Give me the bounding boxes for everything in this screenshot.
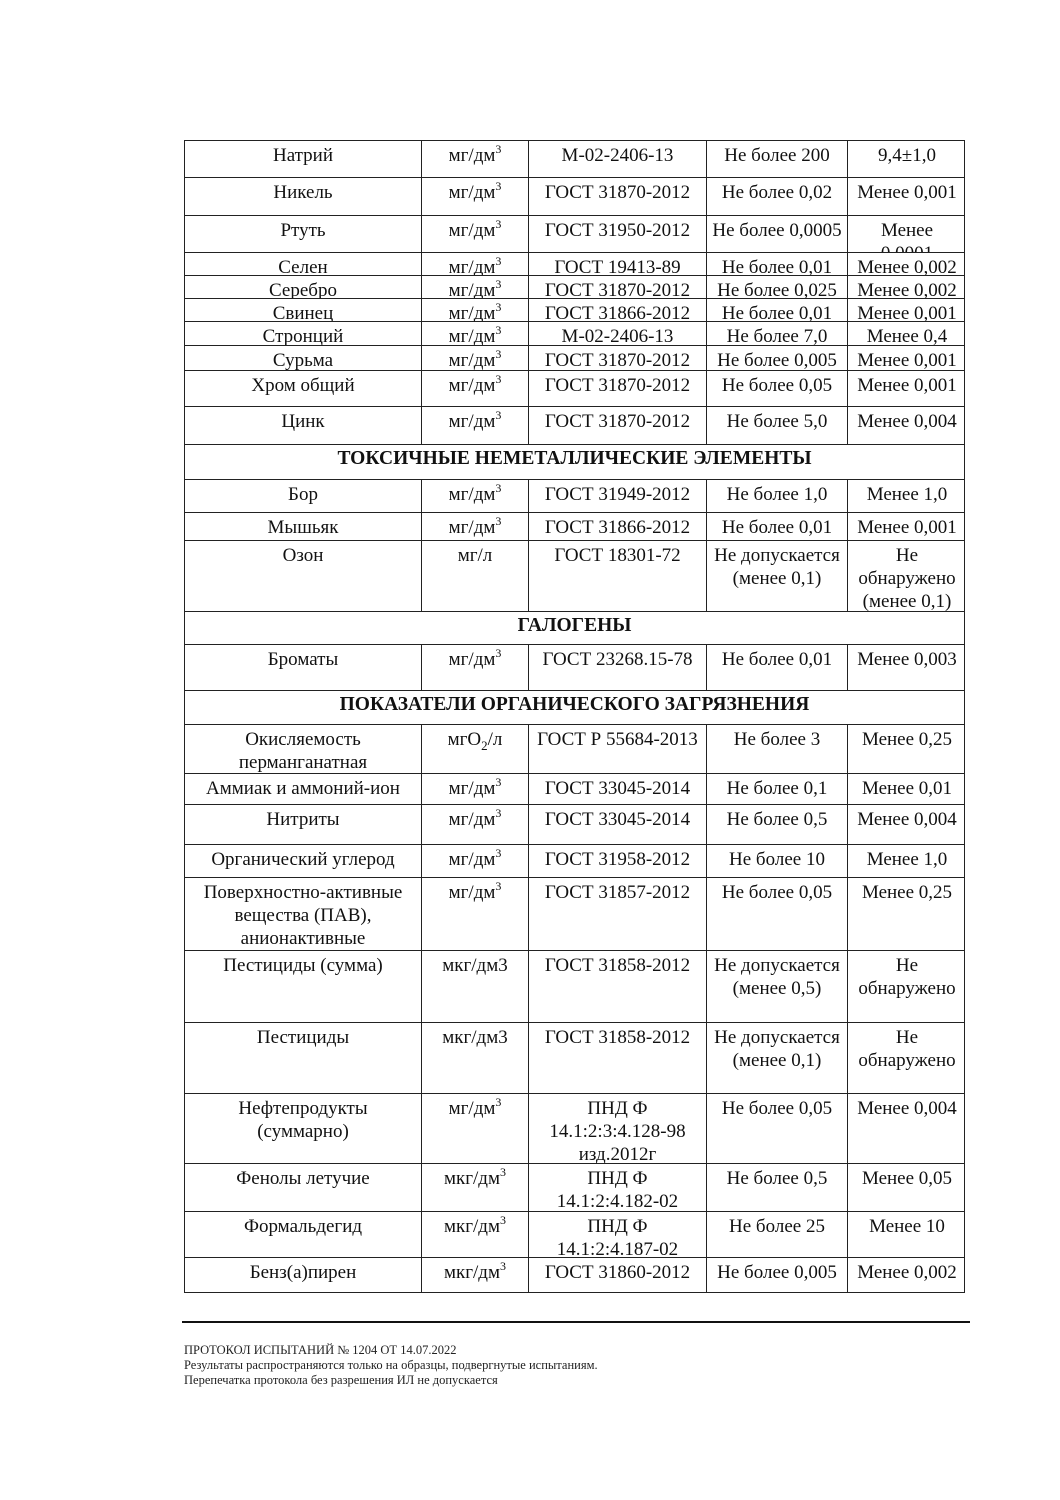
section-title: ГАЛОГЕНЫ xyxy=(185,612,964,644)
test-method: ПНД Ф 14.1:2:3:4.128-98 изд.2012г xyxy=(528,1094,706,1163)
table-row: Серебромг/дм3ГОСТ 31870-2012Не более 0,0… xyxy=(184,275,965,298)
indicator-name: Аммиак и аммоний-ион xyxy=(185,774,421,804)
footer-divider xyxy=(182,1321,970,1323)
unit: мкг/дм3 xyxy=(421,951,528,1022)
indicator-name: Формальдегид xyxy=(185,1212,421,1257)
table-row: Аммиак и аммоний-ионмг/дм3ГОСТ 33045-201… xyxy=(184,773,965,804)
page-footer: ПРОТОКОЛ ИСПЫТАНИЙ № 1204 ОТ 14.07.2022 … xyxy=(184,1343,598,1388)
unit: мг/дм3 xyxy=(421,1094,528,1163)
test-method: М-02-2406-13 xyxy=(528,141,706,177)
indicator-name: Хром общий xyxy=(185,371,421,406)
table-row: Органический углеродмг/дм3ГОСТ 31958-201… xyxy=(184,844,965,877)
section-header-row: ПОКАЗАТЕЛИ ОРГАНИЧЕСКОГО ЗАГРЯЗНЕНИЯ xyxy=(184,690,965,724)
section-header-row: ТОКСИЧНЫЕ НЕМЕТАЛЛИЧЕСКИЕ ЭЛЕМЕНТЫ xyxy=(184,444,965,479)
test-method: ГОСТ 31870-2012 xyxy=(528,371,706,406)
unit: мг/дм3 xyxy=(421,878,528,950)
result-value: Менее 0,004 xyxy=(847,407,966,444)
result-value: Менее 0,003 xyxy=(847,645,966,690)
indicator-name: Серебро xyxy=(185,276,421,298)
unit: мг/дм3 xyxy=(421,805,528,844)
test-method: ГОСТ 31858-2012 xyxy=(528,951,706,1022)
norm-value: Не более 0,01 xyxy=(706,645,847,690)
table-row: Никельмг/дм3ГОСТ 31870-2012Не более 0,02… xyxy=(184,177,965,215)
table-row: Нефтепродукты (суммарно)мг/дм3ПНД Ф 14.1… xyxy=(184,1093,965,1163)
norm-value: Не более 0,05 xyxy=(706,1094,847,1163)
indicator-name: Селен xyxy=(185,253,421,275)
indicator-name: Органический углерод xyxy=(185,845,421,877)
result-value: Менее 0,25 xyxy=(847,878,966,950)
table-row: Пестицидымкг/дм3ГОСТ 31858-2012Не допуск… xyxy=(184,1022,965,1093)
unit: мкг/дм3 xyxy=(421,1164,528,1211)
indicator-name: Нефтепродукты (суммарно) xyxy=(185,1094,421,1163)
indicator-name: Сурьма xyxy=(185,346,421,370)
unit: мгO2/л xyxy=(421,725,528,773)
indicator-name: Бор xyxy=(185,480,421,512)
table-row: Ртутьмг/дм3ГОСТ 31950-2012Не более 0,000… xyxy=(184,215,965,252)
result-value: Менее 0,001 xyxy=(847,178,966,215)
indicator-name: Натрий xyxy=(185,141,421,177)
table-row: Бенз(а)пиренмкг/дм3ГОСТ 31860-2012Не бол… xyxy=(184,1257,965,1293)
norm-value: Не более 0,005 xyxy=(706,1258,847,1292)
result-value: Менее 0,05 xyxy=(847,1164,966,1211)
unit: мг/дм3 xyxy=(421,216,528,252)
indicator-name: Цинк xyxy=(185,407,421,444)
unit: мг/дм3 xyxy=(421,299,528,321)
table-row: Поверхностно-активные вещества (ПАВ), ан… xyxy=(184,877,965,950)
footer-note-results: Результаты распространяются только на об… xyxy=(184,1358,598,1373)
norm-value: Не более 0,01 xyxy=(706,299,847,321)
unit: мг/дм3 xyxy=(421,480,528,512)
test-method: ГОСТ 31866-2012 xyxy=(528,513,706,540)
table-row: Свинецмг/дм3ГОСТ 31866-2012Не более 0,01… xyxy=(184,298,965,321)
test-method: ГОСТ 31870-2012 xyxy=(528,407,706,444)
norm-value: Не более 0,01 xyxy=(706,253,847,275)
indicator-name: Стронций xyxy=(185,322,421,345)
table-row: Формальдегидмкг/дм3ПНД Ф 14.1:2:4.187-02… xyxy=(184,1211,965,1257)
unit: мг/дм3 xyxy=(421,346,528,370)
result-value: Менее 0,004 xyxy=(847,805,966,844)
test-method: ГОСТ 18301-72 xyxy=(528,541,706,611)
norm-value: Не более 0,02 xyxy=(706,178,847,215)
result-value: Менее 0,001 xyxy=(847,299,966,321)
indicator-name: Ртуть xyxy=(185,216,421,252)
norm-value: Не более 0,025 xyxy=(706,276,847,298)
unit: мг/дм3 xyxy=(421,845,528,877)
table-row: Озонмг/лГОСТ 18301-72Не допускается (мен… xyxy=(184,540,965,611)
result-value: Менее 0,0001 xyxy=(847,216,966,252)
norm-value: Не более 0,05 xyxy=(706,371,847,406)
indicator-name: Пестициды (сумма) xyxy=(185,951,421,1022)
test-method: ГОСТ 33045-2014 xyxy=(528,805,706,844)
indicator-name: Броматы xyxy=(185,645,421,690)
test-method: ГОСТ 31949-2012 xyxy=(528,480,706,512)
test-method: ГОСТ 31857-2012 xyxy=(528,878,706,950)
test-method: ГОСТ 31870-2012 xyxy=(528,346,706,370)
table-row: Сурьмамг/дм3ГОСТ 31870-2012Не более 0,00… xyxy=(184,345,965,370)
unit: мг/дм3 xyxy=(421,371,528,406)
table-row: Пестициды (сумма)мкг/дм3ГОСТ 31858-2012Н… xyxy=(184,950,965,1022)
section-title: ТОКСИЧНЫЕ НЕМЕТАЛЛИЧЕСКИЕ ЭЛЕМЕНТЫ xyxy=(185,445,964,479)
result-value: Менее 0,01 xyxy=(847,774,966,804)
norm-value: Не более 7,0 xyxy=(706,322,847,345)
indicator-name: Окисляемость перманганатная xyxy=(185,725,421,773)
result-value: Менее 1,0 xyxy=(847,845,966,877)
norm-value: Не более 5,0 xyxy=(706,407,847,444)
test-method: ГОСТ Р 55684-2013 xyxy=(528,725,706,773)
test-method: ГОСТ 31858-2012 xyxy=(528,1023,706,1093)
test-method: ГОСТ 31870-2012 xyxy=(528,276,706,298)
result-value: Менее 0,002 xyxy=(847,253,966,275)
norm-value: Не более 0,5 xyxy=(706,1164,847,1211)
result-value: Менее 0,001 xyxy=(847,346,966,370)
norm-value: Не допускается (менее 0,1) xyxy=(706,1023,847,1093)
test-method: ГОСТ 31870-2012 xyxy=(528,178,706,215)
section-header-row: ГАЛОГЕНЫ xyxy=(184,611,965,644)
indicator-name: Свинец xyxy=(185,299,421,321)
indicator-name: Никель xyxy=(185,178,421,215)
section-title: ПОКАЗАТЕЛИ ОРГАНИЧЕСКОГО ЗАГРЯЗНЕНИЯ xyxy=(185,691,964,724)
table-row: Хром общиймг/дм3ГОСТ 31870-2012Не более … xyxy=(184,370,965,406)
table-row: Цинкмг/дм3ГОСТ 31870-2012Не более 5,0Мен… xyxy=(184,406,965,444)
result-value: Не обнаружено xyxy=(847,951,966,1022)
table-row: Мышьякмг/дм3ГОСТ 31866-2012Не более 0,01… xyxy=(184,512,965,540)
indicator-name: Фенолы летучие xyxy=(185,1164,421,1211)
indicator-name: Пестициды xyxy=(185,1023,421,1093)
result-value: Менее 0,4 xyxy=(847,322,966,345)
test-method: ГОСТ 31866-2012 xyxy=(528,299,706,321)
result-value: Менее 1,0 xyxy=(847,480,966,512)
result-value: Менее 0,25 xyxy=(847,725,966,773)
test-method: ПНД Ф 14.1:2:4.182-02 xyxy=(528,1164,706,1211)
unit: мг/дм3 xyxy=(421,253,528,275)
norm-value: Не допускается (менее 0,5) xyxy=(706,951,847,1022)
indicator-name: Поверхностно-активные вещества (ПАВ), ан… xyxy=(185,878,421,950)
norm-value: Не более 0,5 xyxy=(706,805,847,844)
test-method: ГОСТ 31958-2012 xyxy=(528,845,706,877)
test-method: ГОСТ 19413-89 xyxy=(528,253,706,275)
indicator-name: Озон xyxy=(185,541,421,611)
norm-value: Не более 0,05 xyxy=(706,878,847,950)
table-row: Натриймг/дм3М-02-2406-13Не более 2009,4±… xyxy=(184,140,965,177)
unit: мг/дм3 xyxy=(421,276,528,298)
table-row: Фенолы летучиемкг/дм3ПНД Ф 14.1:2:4.182-… xyxy=(184,1163,965,1211)
result-value: Менее 0,002 xyxy=(847,276,966,298)
indicator-name: Мышьяк xyxy=(185,513,421,540)
test-method: ГОСТ 23268.15-78 xyxy=(528,645,706,690)
result-value: Менее 0,004 xyxy=(847,1094,966,1163)
table-row: Бормг/дм3ГОСТ 31949-2012Не более 1,0Мене… xyxy=(184,479,965,512)
indicator-name: Нитриты xyxy=(185,805,421,844)
unit: мг/дм3 xyxy=(421,645,528,690)
result-value: Менее 0,002 xyxy=(847,1258,966,1292)
norm-value: Не более 0,0005 xyxy=(706,216,847,252)
result-value: Менее 10 xyxy=(847,1212,966,1257)
unit: мкг/дм3 xyxy=(421,1023,528,1093)
norm-value: Не более 1,0 xyxy=(706,480,847,512)
table-row: Нитритымг/дм3ГОСТ 33045-2014Не более 0,5… xyxy=(184,804,965,844)
protocol-number: ПРОТОКОЛ ИСПЫТАНИЙ № 1204 ОТ 14.07.2022 xyxy=(184,1343,598,1358)
norm-value: Не допускается (менее 0,1) xyxy=(706,541,847,611)
table-row: Стронциймг/дм3М-02-2406-13Не более 7,0Ме… xyxy=(184,321,965,345)
test-method: ГОСТ 33045-2014 xyxy=(528,774,706,804)
footer-note-reprint: Перепечатка протокола без разрешения ИЛ … xyxy=(184,1373,598,1388)
result-value: Менее 0,001 xyxy=(847,513,966,540)
result-value: 9,4±1,0 xyxy=(847,141,966,177)
unit: мг/дм3 xyxy=(421,407,528,444)
test-method: ГОСТ 31950-2012 xyxy=(528,216,706,252)
norm-value: Не более 10 xyxy=(706,845,847,877)
test-method: ГОСТ 31860-2012 xyxy=(528,1258,706,1292)
unit: мг/дм3 xyxy=(421,774,528,804)
norm-value: Не более 0,005 xyxy=(706,346,847,370)
indicator-name: Бенз(а)пирен xyxy=(185,1258,421,1292)
unit: мг/дм3 xyxy=(421,513,528,540)
result-value: Менее 0,001 xyxy=(847,371,966,406)
unit: мг/дм3 xyxy=(421,141,528,177)
norm-value: Не более 3 xyxy=(706,725,847,773)
unit: мг/дм3 xyxy=(421,322,528,345)
table-row: Окисляемость перманганатнаямгO2/лГОСТ Р … xyxy=(184,724,965,773)
table-row: Селенмг/дм3ГОСТ 19413-89Не более 0,01Мен… xyxy=(184,252,965,275)
unit: мг/л xyxy=(421,541,528,611)
norm-value: Не более 0,01 xyxy=(706,513,847,540)
unit: мг/дм3 xyxy=(421,178,528,215)
test-method: ПНД Ф 14.1:2:4.187-02 xyxy=(528,1212,706,1257)
norm-value: Не более 0,1 xyxy=(706,774,847,804)
table-row: Броматымг/дм3ГОСТ 23268.15-78Не более 0,… xyxy=(184,644,965,690)
unit: мкг/дм3 xyxy=(421,1258,528,1292)
unit: мкг/дм3 xyxy=(421,1212,528,1257)
norm-value: Не более 200 xyxy=(706,141,847,177)
result-value: Не обнаружено (менее 0,1) xyxy=(847,541,966,611)
norm-value: Не более 25 xyxy=(706,1212,847,1257)
test-method: М-02-2406-13 xyxy=(528,322,706,345)
result-value: Не обнаружено xyxy=(847,1023,966,1093)
